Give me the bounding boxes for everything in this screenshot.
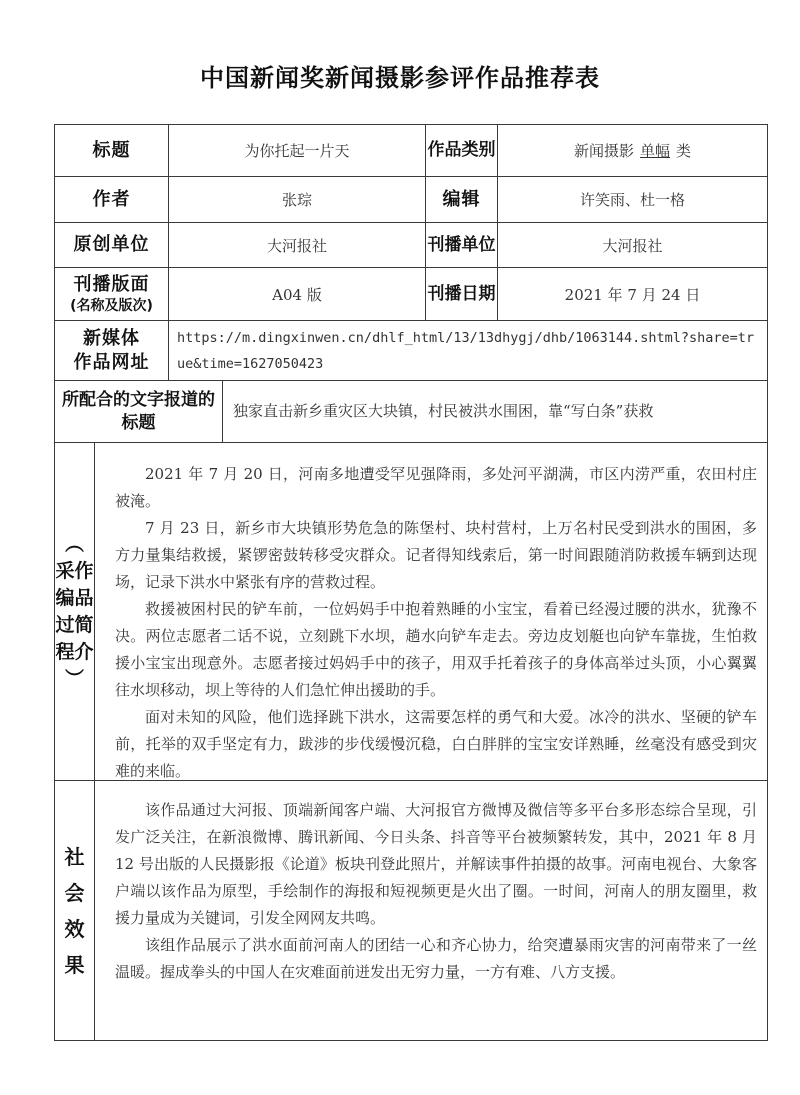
process-paragraph: 救援被困村民的铲车前，一位妈妈手中抱着熟睡的小宝宝，看着已经漫过腰的洪水，犹豫不…	[115, 596, 757, 704]
origin-unit-label: 原创单位	[54, 222, 169, 268]
publish-date-label: 刊播日期	[425, 267, 498, 321]
impact-label-char: 果	[65, 947, 85, 983]
editor-label: 编辑	[425, 176, 498, 223]
process-label-part: ︵	[65, 531, 84, 558]
title-label: 标题	[54, 124, 169, 177]
publish-unit-label: 刊播单位	[425, 222, 498, 268]
process-label-part: 程介	[55, 639, 93, 666]
impact-label-char: 效	[65, 911, 85, 947]
impact-content: 该作品通过大河报、顶端新闻客户端、大河报官方微博及微信等多平台多形态综合呈现，引…	[94, 780, 768, 1041]
publish-date-value: 2021 年 7 月 24 日	[497, 267, 768, 321]
document-title: 中国新闻奖新闻摄影参评作品推荐表	[0, 58, 800, 93]
page-label: 刊播版面 (名称及版次)	[54, 267, 169, 321]
origin-unit-value: 大河报社	[168, 222, 426, 268]
page-value: A04 版	[168, 267, 426, 321]
editor-value: 许笑雨、杜一格	[497, 176, 768, 223]
process-label-part: 采作	[55, 558, 93, 585]
process-paragraph: 2021 年 7 月 20 日，河南多地遭受罕见强降雨，多处河平湖满，市区内涝严…	[115, 461, 757, 515]
page-label-main: 刊播版面	[74, 273, 150, 296]
category-prefix: 新闻摄影	[574, 140, 634, 161]
category-type: 单幅	[634, 140, 676, 161]
media-url-label-line2: 作品网址	[74, 351, 150, 374]
process-content: 2021 年 7 月 20 日，河南多地遭受罕见强降雨，多处河平湖满，市区内涝严…	[94, 442, 768, 781]
impact-label-char: 社	[65, 839, 85, 875]
impact-paragraph: 该作品通过大河报、顶端新闻客户端、大河报官方微博及微信等多平台多形态综合呈现，引…	[115, 797, 757, 932]
page-label-sub: (名称及版次)	[70, 297, 153, 315]
category-value: 新闻摄影 单幅 类	[497, 124, 768, 177]
impact-label-char: 会	[65, 875, 85, 911]
related-report-label: 所配合的文字报道的标题	[54, 380, 223, 443]
author-value: 张琮	[168, 176, 426, 223]
process-label-part: 过简	[55, 612, 93, 639]
impact-paragraph: 该组作品展示了洪水面前河南人的团结一心和齐心协力，给突遭暴雨灾害的河南带来了一丝…	[115, 932, 757, 986]
author-label: 作者	[54, 176, 169, 223]
category-suffix: 类	[676, 140, 691, 161]
process-label-part: 编品	[55, 585, 93, 612]
media-url-label-line1: 新媒体	[83, 327, 140, 350]
process-label: ︵ 采作 编品 过简 程介 ︶	[54, 442, 95, 781]
category-label: 作品类别	[425, 124, 498, 177]
process-paragraph: 7 月 23 日，新乡市大块镇形势危急的陈堡村、块村营村，上万名村民受到洪水的围…	[115, 515, 757, 596]
publish-unit-value: 大河报社	[497, 222, 768, 268]
media-url-label: 新媒体 作品网址	[54, 320, 169, 381]
impact-label: 社 会 效 果	[54, 780, 95, 1041]
media-url-value[interactable]: https://m.dingxinwen.cn/dhlf_html/13/13d…	[168, 320, 768, 381]
related-report-value: 独家直击新乡重灾区大块镇，村民被洪水围困，靠“写白条”获救	[222, 380, 768, 443]
title-value: 为你托起一片天	[168, 124, 426, 177]
process-paragraph: 面对未知的风险，他们选择跳下洪水，这需要怎样的勇气和大爱。冰冷的洪水、坚硬的铲车…	[115, 704, 757, 785]
process-label-part: ︶	[65, 666, 84, 693]
